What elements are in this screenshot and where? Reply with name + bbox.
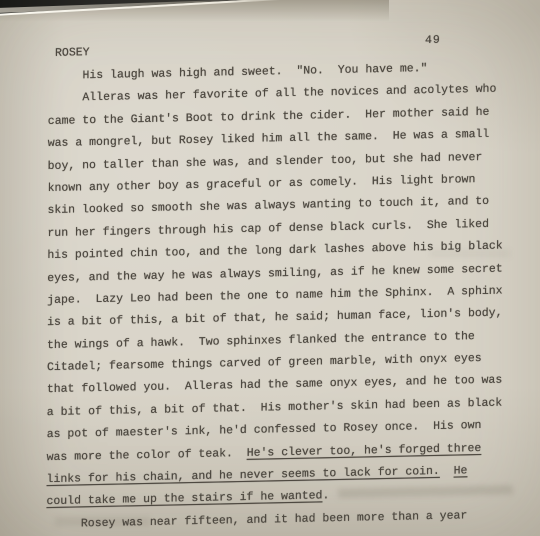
manuscript-body: His laugh was high and sweet. "No. You h…: [46, 56, 538, 536]
page-header: ROSEY: [55, 42, 90, 65]
page-number: 49: [425, 30, 441, 53]
manuscript-page: 49 ROSEY His laugh was high and sweet. "…: [0, 0, 540, 536]
photo-scene: 49 ROSEY His laugh was high and sweet. "…: [0, 0, 540, 536]
typed-text-layer: 49 ROSEY His laugh was high and sweet. "…: [46, 56, 538, 536]
